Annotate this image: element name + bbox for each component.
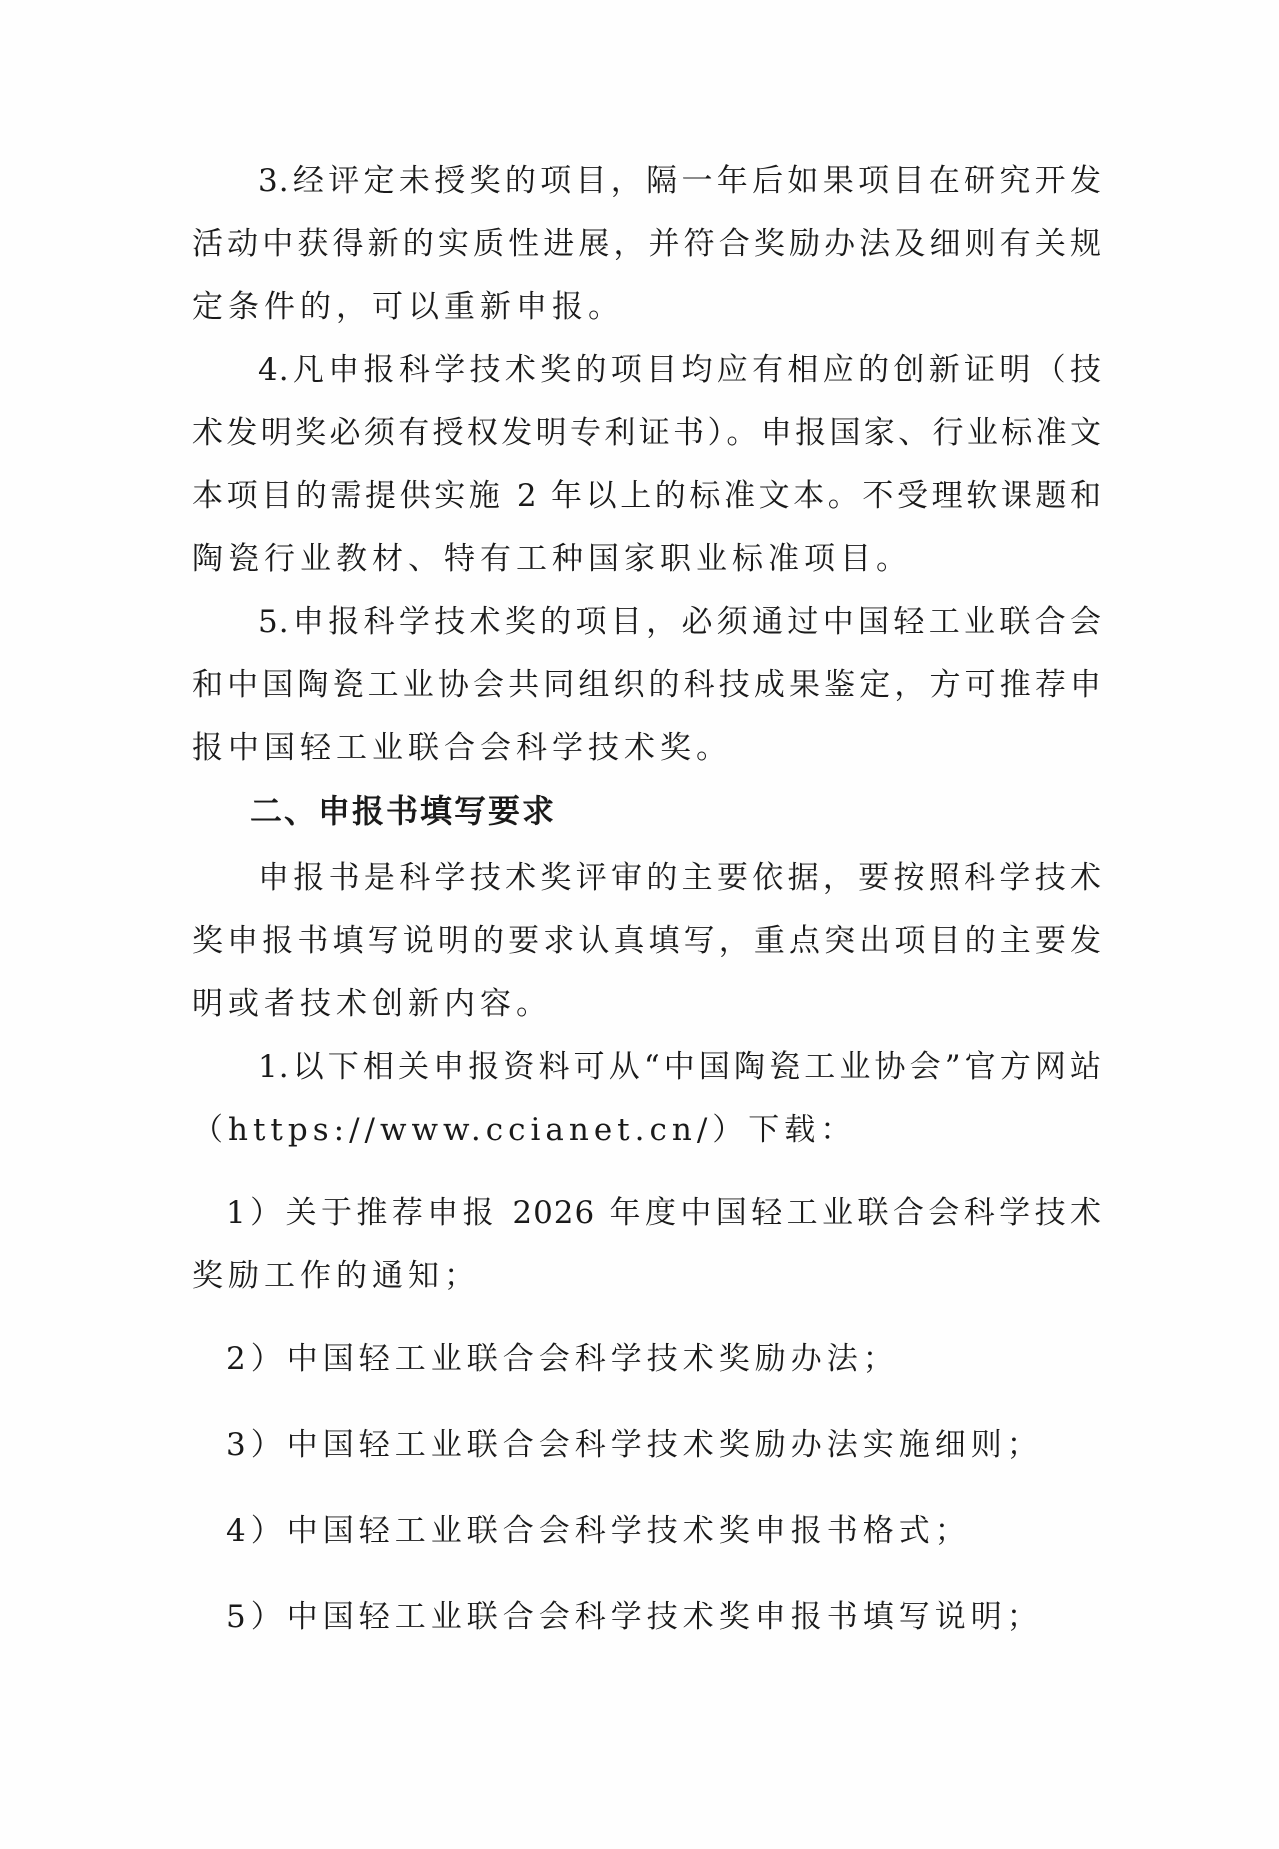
document-page: 3.经评定未授奖的项目，隔一年后如果项目在研究开发 活动中获得新的实质性进展，并… [0, 0, 1279, 1849]
text-line: 1.以下相关申报资料可从“中国陶瓷工业协会”官方网站 [192, 1036, 1102, 1099]
download-list-item: 2）中国轻工业联合会科学技术奖励办法； [192, 1328, 1102, 1414]
text-line: 报中国轻工业联合会科学技术奖。 [192, 717, 1102, 780]
section-heading: 二、申报书填写要求 [192, 780, 1102, 847]
download-list-item: 4）中国轻工业联合会科学技术奖申报书格式； [192, 1500, 1102, 1586]
download-list-item: 1）关于推荐申报 2026 年度中国轻工业联合会科学技术 奖励工作的通知； [192, 1182, 1102, 1308]
text-line: 定条件的，可以重新申报。 [192, 276, 1102, 339]
section-intro-paragraph: 申报书是科学技术奖评审的主要依据，要按照科学技术 奖申报书填写说明的要求认真填写… [192, 847, 1102, 1036]
spacer [192, 1162, 1102, 1182]
text-line: 术发明奖必须有授权发明专利证书）。申报国家、行业标准文 [192, 402, 1102, 465]
text-line: 奖励工作的通知； [192, 1245, 1102, 1308]
text-line: 和中国陶瓷工业协会共同组织的科技成果鉴定，方可推荐申 [192, 654, 1102, 717]
paragraph-item-3: 3.经评定未授奖的项目，隔一年后如果项目在研究开发 活动中获得新的实质性进展，并… [192, 150, 1102, 339]
download-list-item: 3）中国轻工业联合会科学技术奖励办法实施细则； [192, 1414, 1102, 1500]
text-line: 本项目的需提供实施 2 年以上的标准文本。不受理软课题和 [192, 465, 1102, 528]
download-note-paragraph: 1.以下相关申报资料可从“中国陶瓷工业协会”官方网站 （https://www.… [192, 1036, 1102, 1162]
text-line: 明或者技术创新内容。 [192, 973, 1102, 1036]
spacer [192, 1308, 1102, 1328]
download-list-item: 5）中国轻工业联合会科学技术奖申报书填写说明； [192, 1586, 1102, 1672]
text-line: 奖申报书填写说明的要求认真填写，重点突出项目的主要发 [192, 910, 1102, 973]
text-line: 3.经评定未授奖的项目，隔一年后如果项目在研究开发 [192, 150, 1102, 213]
website-url-line: （https://www.ccianet.cn/）下载： [192, 1099, 1102, 1162]
text-line: 5.申报科学技术奖的项目，必须通过中国轻工业联合会 [192, 591, 1102, 654]
text-line: 陶瓷行业教材、特有工种国家职业标准项目。 [192, 528, 1102, 591]
document-body: 3.经评定未授奖的项目，隔一年后如果项目在研究开发 活动中获得新的实质性进展，并… [192, 150, 1102, 1672]
paragraph-item-4: 4.凡申报科学技术奖的项目均应有相应的创新证明（技 术发明奖必须有授权发明专利证… [192, 339, 1102, 591]
paragraph-item-5: 5.申报科学技术奖的项目，必须通过中国轻工业联合会 和中国陶瓷工业协会共同组织的… [192, 591, 1102, 780]
download-list: 1）关于推荐申报 2026 年度中国轻工业联合会科学技术 奖励工作的通知； 2）… [192, 1182, 1102, 1672]
text-line: 1）关于推荐申报 2026 年度中国轻工业联合会科学技术 [192, 1182, 1102, 1245]
text-line: 活动中获得新的实质性进展，并符合奖励办法及细则有关规 [192, 213, 1102, 276]
text-line: 4.凡申报科学技术奖的项目均应有相应的创新证明（技 [192, 339, 1102, 402]
text-line: 申报书是科学技术奖评审的主要依据，要按照科学技术 [192, 847, 1102, 910]
